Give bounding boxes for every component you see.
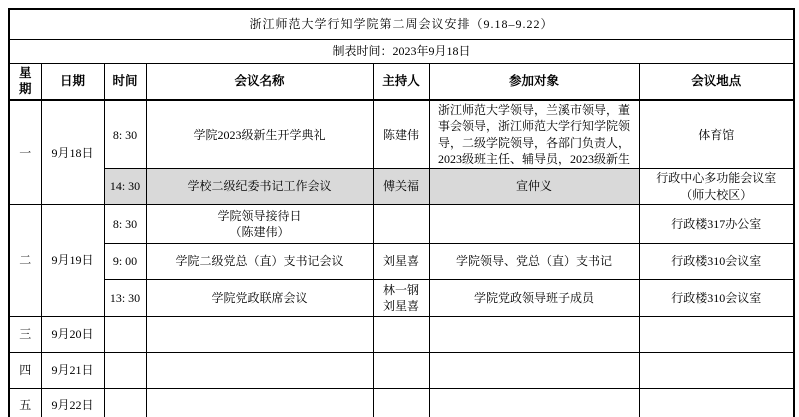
- date-cell: 9月22日: [41, 389, 104, 417]
- table-row: 一 9月18日 8: 30 学院2023级新生开学典礼 陈建伟 浙江师范大学领导…: [9, 100, 794, 168]
- date-cell: 9月20日: [41, 317, 104, 353]
- attendees-cell: 学院领导、党总（直）支书记: [429, 244, 639, 280]
- location-cell: 体育馆: [639, 100, 794, 168]
- meeting-name-cell: 学院党政联席会议: [146, 280, 373, 317]
- meeting-name-cell: 学校二级纪委书记工作会议: [146, 169, 373, 205]
- week-cell: 三: [9, 317, 41, 353]
- week-cell: 四: [9, 353, 41, 389]
- attendees-cell: [429, 353, 639, 389]
- attendees-cell: 学院党政领导班子成员: [429, 280, 639, 317]
- location-cell: 行政楼310会议室: [639, 244, 794, 280]
- col-header-location: 会议地点: [639, 63, 794, 100]
- meeting-name-cell: 学院2023级新生开学典礼: [146, 100, 373, 168]
- time-cell: [104, 389, 146, 417]
- host-cell: 刘星喜: [373, 244, 429, 280]
- document-page: 浙江师范大学行知学院第二周会议安排（9.18–9.22） 制表时间：2023年9…: [0, 0, 799, 417]
- table-row: 三 9月20日: [9, 317, 794, 353]
- week-cell: 五: [9, 389, 41, 417]
- table-row: 四 9月21日: [9, 353, 794, 389]
- location-cell: 行政楼310会议室: [639, 280, 794, 317]
- location-cell: [639, 389, 794, 417]
- location-cell: 行政楼317办公室: [639, 205, 794, 244]
- host-cell: [373, 389, 429, 417]
- table-row: 9: 00 学院二级党总（直）支书记会议 刘星喜 学院领导、党总（直）支书记 行…: [9, 244, 794, 280]
- date-cell: 9月21日: [41, 353, 104, 389]
- date-cell: 9月18日: [41, 100, 104, 204]
- table-row: 14: 30 学校二级纪委书记工作会议 傅关福 宣仲义 行政中心多功能会议室 （…: [9, 169, 794, 205]
- meeting-name-cell: 学院二级党总（直）支书记会议: [146, 244, 373, 280]
- host-cell: [373, 317, 429, 353]
- table-row: 13: 30 学院党政联席会议 林一钢 刘星喜 学院党政领导班子成员 行政楼31…: [9, 280, 794, 317]
- col-header-week: 星期: [9, 63, 41, 100]
- meeting-schedule-table: 浙江师范大学行知学院第二周会议安排（9.18–9.22） 制表时间：2023年9…: [8, 8, 795, 417]
- time-cell: 8: 30: [104, 205, 146, 244]
- attendees-cell: [429, 205, 639, 244]
- col-header-time: 时间: [104, 63, 146, 100]
- meeting-name-cell: [146, 317, 373, 353]
- attendees-cell: 宣仲义: [429, 169, 639, 205]
- host-cell: 陈建伟: [373, 100, 429, 168]
- date-cell: 9月19日: [41, 205, 104, 317]
- attendees-cell: [429, 317, 639, 353]
- host-cell: [373, 353, 429, 389]
- meeting-name-cell: [146, 389, 373, 417]
- time-cell: 9: 00: [104, 244, 146, 280]
- table-row: 五 9月22日: [9, 389, 794, 417]
- location-cell: 行政中心多功能会议室 （师大校区）: [639, 169, 794, 205]
- time-cell: 14: 30: [104, 169, 146, 205]
- host-cell: [373, 205, 429, 244]
- host-cell: 林一钢 刘星喜: [373, 280, 429, 317]
- col-header-attendees: 参加对象: [429, 63, 639, 100]
- table-row: 二 9月19日 8: 30 学院领导接待日 （陈建伟） 行政楼317办公室: [9, 205, 794, 244]
- time-cell: 13: 30: [104, 280, 146, 317]
- location-cell: [639, 317, 794, 353]
- time-cell: 8: 30: [104, 100, 146, 168]
- week-cell: 一: [9, 100, 41, 204]
- time-cell: [104, 353, 146, 389]
- attendees-cell: [429, 389, 639, 417]
- time-cell: [104, 317, 146, 353]
- attendees-cell: 浙江师范大学领导，兰溪市领导，董事会领导，浙江师范大学行知学院领导，二级学院领导…: [429, 100, 639, 168]
- document-title: 浙江师范大学行知学院第二周会议安排（9.18–9.22）: [9, 9, 794, 39]
- col-header-host: 主持人: [373, 63, 429, 100]
- col-header-meeting-name: 会议名称: [146, 63, 373, 100]
- meeting-name-cell: [146, 353, 373, 389]
- host-cell: 傅关福: [373, 169, 429, 205]
- week-cell: 二: [9, 205, 41, 317]
- meeting-name-cell: 学院领导接待日 （陈建伟）: [146, 205, 373, 244]
- table-created-time: 制表时间：2023年9月18日: [9, 39, 794, 63]
- location-cell: [639, 353, 794, 389]
- col-header-date: 日期: [41, 63, 104, 100]
